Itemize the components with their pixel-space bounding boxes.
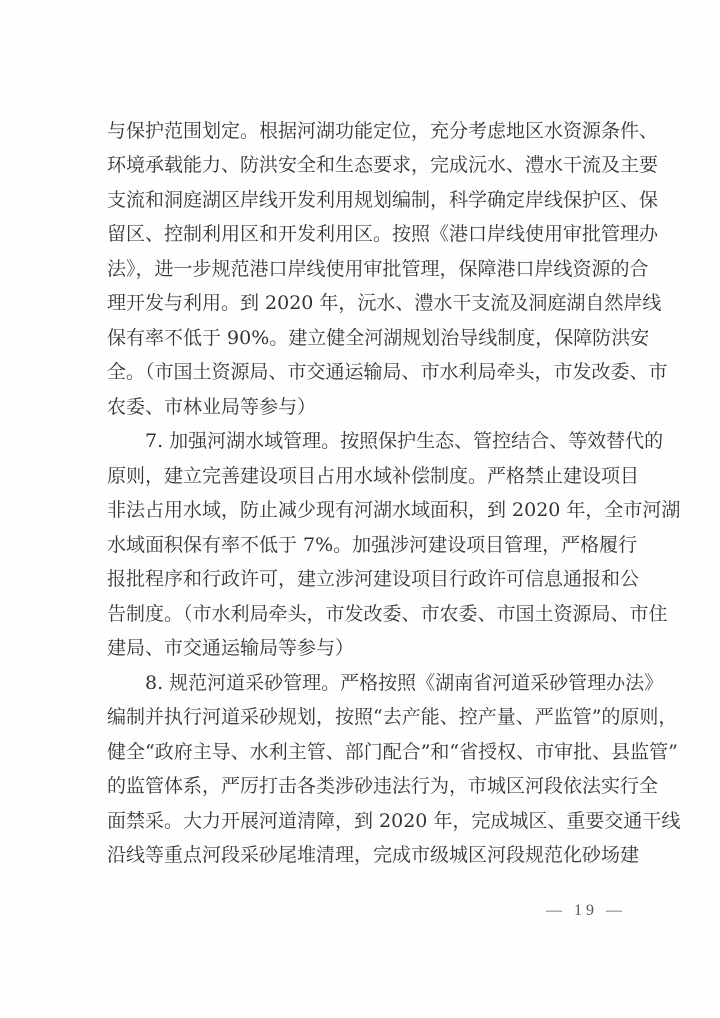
text-line: 报批程序和行政许可，建立涉河建设项目行政许可信息通报和公	[107, 568, 633, 590]
section-heading-8: 8. 规范河道采砂管理。严格按照《湖南省河道采砂管理办法》	[145, 672, 633, 694]
document-page: 与保护范围划定。根据河湖功能定位，充分考虑地区水资源条件、 环境承载能力、防洪安…	[0, 0, 720, 1018]
text-line: 留区、控制利用区和开发利用区。按照《港口岸线使用审批管理办	[107, 223, 633, 245]
text-line: 告制度。（市水利局牵头，市发改委、市农委、市国土资源局、市住	[107, 603, 633, 625]
text-line: 原则，建立完善建设项目占用水域补偿制度。严格禁止建设项目	[107, 465, 633, 487]
text-line: 与保护范围划定。根据河湖功能定位，充分考虑地区水资源条件、	[107, 120, 633, 142]
text-line: 水域面积保有率不低于 7%。加强涉河建设项目管理，严格履行	[107, 534, 633, 556]
text-line: 农委、市林业局等参与）	[107, 396, 633, 418]
text-line: 支流和洞庭湖区岸线开发利用规划编制，科学确定岸线保护区、保	[107, 189, 633, 211]
text-line: 建局、市交通运输局等参与）	[107, 637, 633, 659]
text-line: 理开发与利用。到 2020 年，沅水、澧水干支流及洞庭湖自然岸线	[107, 292, 633, 314]
text-line: 法》，进一步规范港口岸线使用审批管理，保障港口岸线资源的合	[107, 258, 633, 280]
section-heading-7: 7. 加强河湖水域管理。按照保护生态、管控结合、等效替代的	[145, 430, 633, 452]
text-line: 保有率不低于 90%。建立健全河湖规划治导线制度，保障防洪安	[107, 327, 633, 349]
text-line: 沿线等重点河段采砂尾堆清理，完成市级城区河段规范化砂场建	[107, 844, 633, 866]
page-number: — 19 —	[546, 901, 626, 921]
text-line: 的监管体系，严厉打击各类涉砂违法行为，市城区河段依法实行全	[107, 775, 633, 797]
text-line: 编制并执行河道采砂规划，按照“去产能、控产量、严监管”的原则，	[107, 706, 633, 728]
text-line: 环境承载能力、防洪安全和生态要求，完成沅水、澧水干流及主要	[107, 154, 633, 176]
text-line: 面禁采。大力开展河道清障，到 2020 年，完成城区、重要交通干线	[107, 810, 633, 832]
text-line: 非法占用水域，防止减少现有河湖水域面积，到 2020 年，全市河湖	[107, 499, 633, 521]
text-line: 健全“政府主导、水利主管、部门配合”和“省授权、市审批、县监管”	[107, 741, 633, 763]
text-line: 全。（市国土资源局、市交通运输局、市水利局牵头，市发改委、市	[107, 361, 633, 383]
